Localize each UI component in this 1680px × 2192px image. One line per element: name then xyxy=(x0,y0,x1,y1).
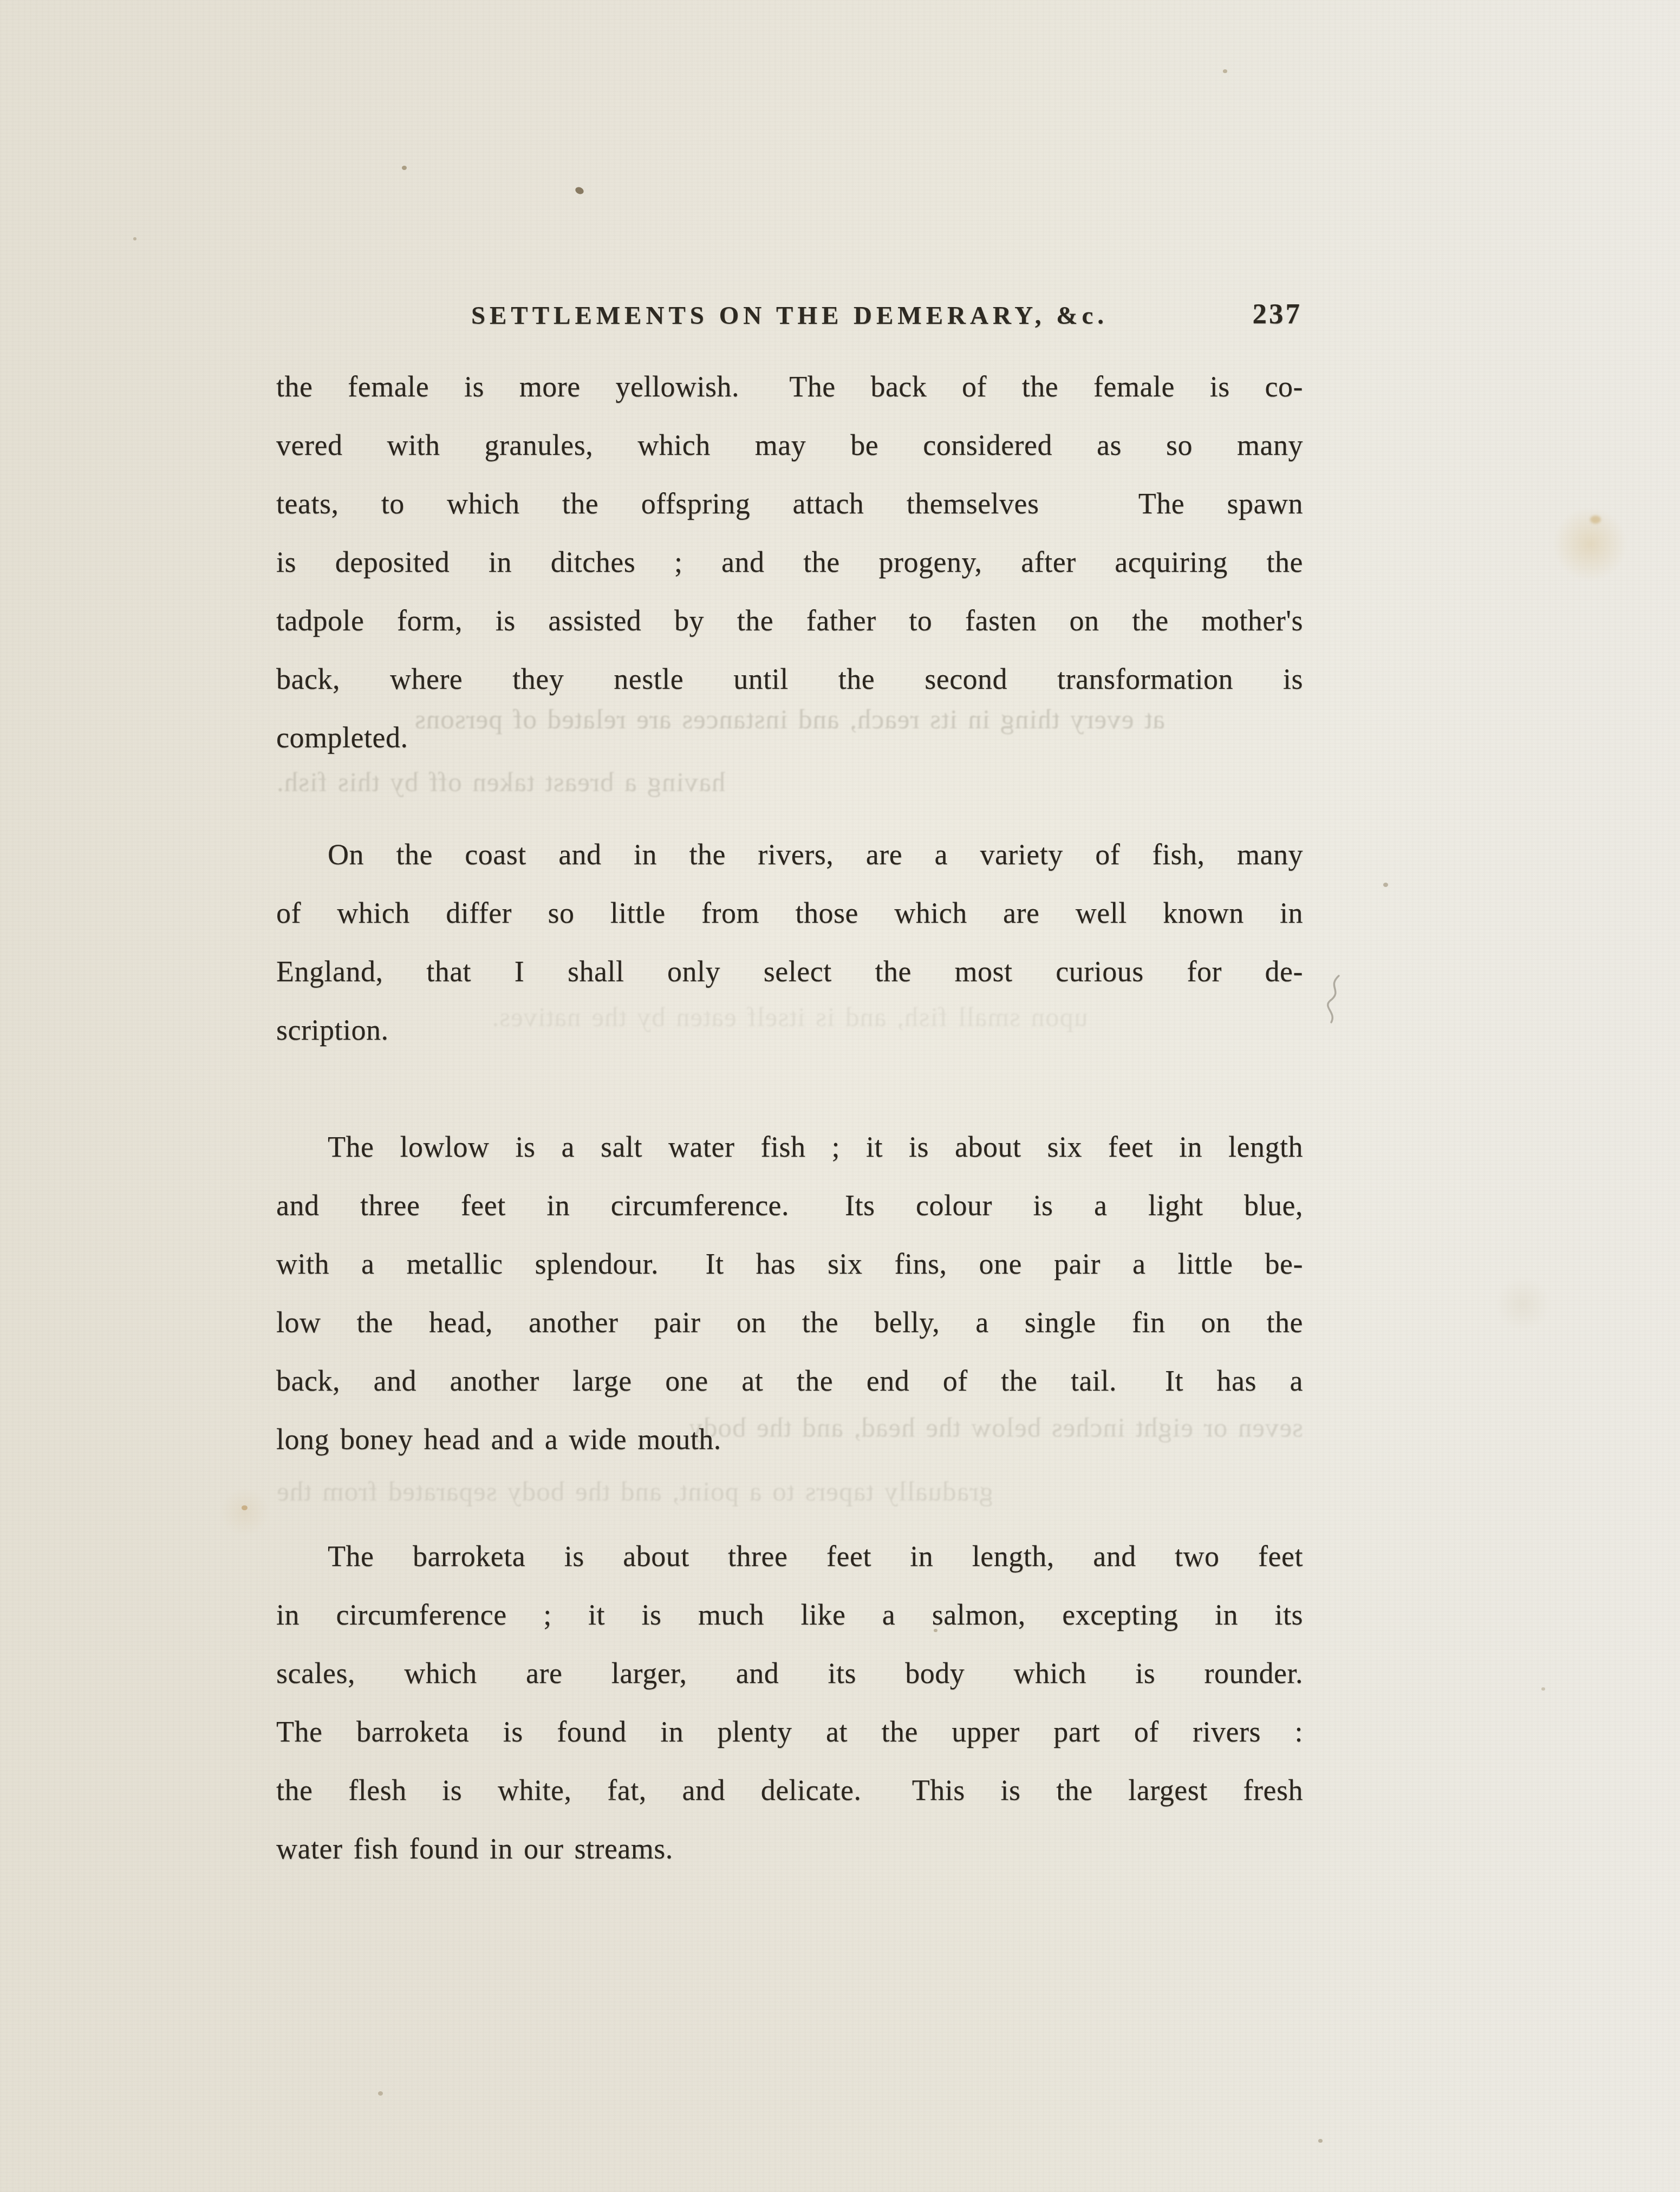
foxing-speck xyxy=(1541,1687,1545,1691)
paragraph: On the coast and in the rivers, are a va… xyxy=(276,825,1303,1059)
foxing-speck xyxy=(242,1505,248,1510)
text-line: scales, which are larger, and its body w… xyxy=(276,1644,1303,1702)
text-line: teats, to which the offspring attach the… xyxy=(276,474,1303,533)
text-line: water fish found in our streams. xyxy=(276,1819,1303,1878)
foxing-speck xyxy=(1318,2139,1323,2143)
text-line: The lowlow is a salt water fish ; it is … xyxy=(276,1118,1303,1176)
foxing-speck xyxy=(574,186,585,195)
text-line: back, and another large one at the end o… xyxy=(276,1352,1303,1410)
text-line: is deposited in ditches ; and the progen… xyxy=(276,533,1303,591)
text-line: low the head, another pair on the belly,… xyxy=(276,1293,1303,1352)
page-header: SETTLEMENTS ON THE DEMERARY, &c. 237 xyxy=(276,301,1303,355)
paragraph: The lowlow is a salt water fish ; it is … xyxy=(276,1118,1303,1469)
paragraph: The barroketa is about three feet in len… xyxy=(276,1527,1303,1878)
text-line: On the coast and in the rivers, are a va… xyxy=(276,825,1303,884)
text-line: scription. xyxy=(276,1001,1303,1059)
foxing-speck xyxy=(1383,883,1388,887)
body-text: the female is more yellowish. The back o… xyxy=(276,357,1303,1878)
paragraph: the female is more yellowish. The back o… xyxy=(276,357,1303,767)
page-number: 237 xyxy=(1253,298,1303,330)
foxing-speck xyxy=(402,166,407,170)
scanned-book-page: at every thing in its reach, and instanc… xyxy=(0,0,1680,2192)
text-line: The barroketa is about three feet in len… xyxy=(276,1527,1303,1586)
text-line: vered with granules, which may be consid… xyxy=(276,416,1303,474)
text-line: long boney head and a wide mouth. xyxy=(276,1410,1303,1469)
text-line: the flesh is white, fat, and delicate. T… xyxy=(276,1761,1303,1819)
foxing-speck xyxy=(1590,516,1601,524)
text-line: England, that I shall only select the mo… xyxy=(276,942,1303,1001)
text-line: with a metallic splendour. It has six fi… xyxy=(276,1235,1303,1293)
foxing-speck xyxy=(133,237,136,240)
text-line: of which differ so little from those whi… xyxy=(276,884,1303,942)
running-title: SETTLEMENTS ON THE DEMERARY, &c. xyxy=(276,301,1303,330)
foxing-speck xyxy=(1223,69,1227,73)
text-line: the female is more yellowish. The back o… xyxy=(276,357,1303,416)
foxing-speck xyxy=(378,2091,383,2096)
text-line: in circumference ; it is much like a sal… xyxy=(276,1586,1303,1644)
text-line: completed. xyxy=(276,708,1303,767)
pencil-squiggle-mark xyxy=(1315,973,1353,1027)
text-line: The barroketa is found in plenty at the … xyxy=(276,1702,1303,1761)
text-line: tadpole form, is assisted by the father … xyxy=(276,591,1303,650)
text-line: and three feet in circumference. Its col… xyxy=(276,1176,1303,1235)
text-line: back, where they nestle until the second… xyxy=(276,650,1303,708)
